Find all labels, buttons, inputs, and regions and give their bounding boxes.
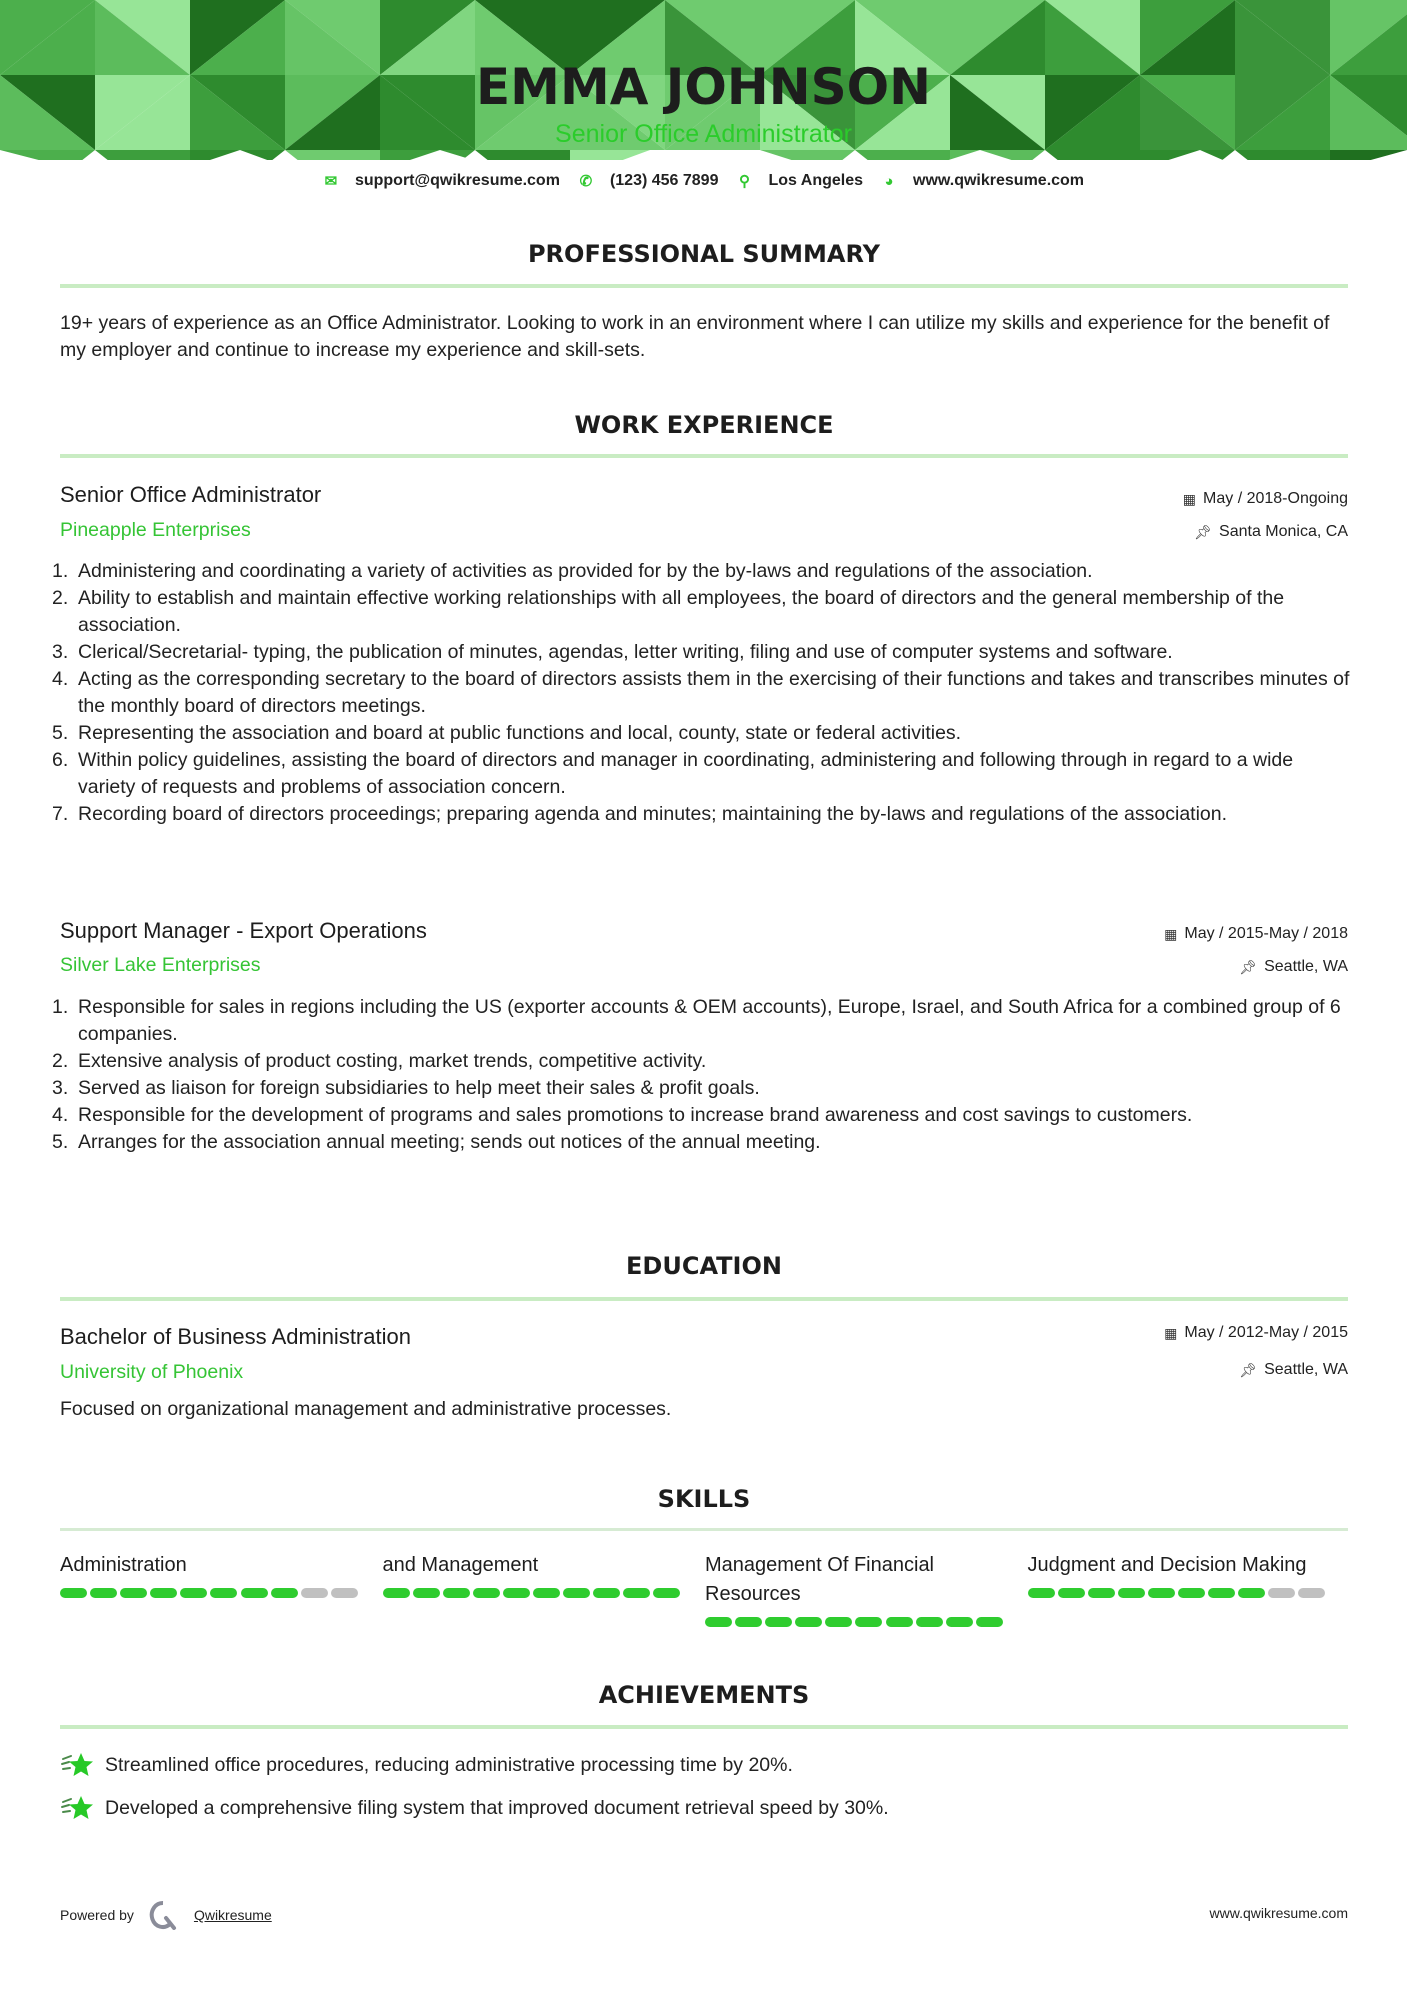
contact-email-text[interactable]: support@qwikresume.com: [355, 172, 560, 190]
contact-location: ⚲ Los Angeles: [736, 172, 863, 190]
job-bullet: 1.Responsible for sales in regions inclu…: [52, 994, 1352, 1048]
pushpin-icon: 📌︎: [1239, 1362, 1257, 1379]
map-pin-icon: ⚲: [736, 172, 752, 190]
bullet-number: 7.: [52, 801, 78, 828]
rating-segment: [413, 1588, 440, 1598]
bullet-text: Arranges for the association annual meet…: [78, 1129, 1352, 1156]
rating-segment: [443, 1588, 470, 1598]
candidate-name: EMMA JOHNSON: [0, 58, 1407, 116]
bullet-number: 1.: [52, 558, 78, 585]
star-icon: [60, 1750, 94, 1780]
skill-item: Judgment and Decision Making: [1028, 1551, 1351, 1627]
skill-name: Management Of Financial Resources: [705, 1551, 1005, 1609]
job-bullet: 2.Extensive analysis of product costing,…: [52, 1048, 1352, 1075]
bullet-text: Ability to establish and maintain effect…: [78, 585, 1352, 639]
skill-rating-bar: [60, 1588, 383, 1598]
rating-segment: [1088, 1588, 1115, 1598]
job-company: Pineapple Enterprises: [60, 519, 251, 542]
education-description: Focused on organizational management and…: [60, 1396, 1350, 1423]
rating-segment: [593, 1588, 620, 1598]
bullet-number: 5.: [52, 720, 78, 747]
job-location: 📌︎ Seattle, WA: [1239, 958, 1348, 976]
pushpin-icon: 📌︎: [1194, 524, 1212, 541]
bullet-number: 4.: [52, 666, 78, 720]
rating-segment: [1028, 1588, 1055, 1598]
calendar-icon: ▦: [1164, 926, 1177, 943]
rating-segment: [90, 1588, 117, 1598]
rating-segment: [533, 1588, 560, 1598]
summary-text: 19+ years of experience as an Office Adm…: [60, 310, 1350, 364]
section-divider: [60, 284, 1348, 288]
contact-website[interactable]: ◕ www.qwikresume.com: [881, 172, 1084, 190]
skill-rating-bar: [1028, 1588, 1351, 1598]
bullet-number: 4.: [52, 1102, 78, 1129]
bullet-number: 1.: [52, 994, 78, 1048]
skill-name: and Management: [383, 1551, 683, 1580]
globe-icon: ◕: [881, 173, 897, 190]
rating-segment: [120, 1588, 147, 1598]
rating-segment: [1238, 1588, 1265, 1598]
job-bullet-list: 1.Responsible for sales in regions inclu…: [52, 994, 1352, 1156]
rating-segment: [735, 1617, 762, 1627]
rating-segment: [1208, 1588, 1235, 1598]
education-dates: ▦ May / 2012-May / 2015: [1164, 1324, 1348, 1342]
bullet-text: Within policy guidelines, assisting the …: [78, 747, 1352, 801]
rating-segment: [180, 1588, 207, 1598]
rating-segment: [1268, 1588, 1295, 1598]
job-bullet: 1.Administering and coordinating a varie…: [52, 558, 1352, 585]
section-title-education: EDUCATION: [60, 1252, 1348, 1280]
rating-segment: [473, 1588, 500, 1598]
rating-segment: [301, 1588, 328, 1598]
footer-powered-by: Powered by Qwikresume: [60, 1900, 272, 1930]
contact-email[interactable]: ✉ support@qwikresume.com: [323, 172, 560, 190]
skill-name: Judgment and Decision Making: [1028, 1551, 1328, 1580]
rating-segment: [331, 1588, 358, 1598]
skill-rating-bar: [383, 1588, 706, 1598]
rating-segment: [765, 1617, 792, 1627]
rating-segment: [946, 1617, 973, 1627]
rating-segment: [705, 1617, 732, 1627]
section-title-skills: SKILLS: [60, 1485, 1348, 1513]
contact-location-text: Los Angeles: [768, 172, 863, 190]
rating-segment: [241, 1588, 268, 1598]
footer-url[interactable]: www.qwikresume.com: [1210, 1905, 1348, 1921]
achievement-item: Streamlined office procedures, reducing …: [60, 1750, 793, 1780]
section-title-summary: PROFESSIONAL SUMMARY: [60, 240, 1348, 268]
section-divider: [60, 1528, 1348, 1531]
section-title-achievements: ACHIEVEMENTS: [60, 1681, 1348, 1709]
rating-segment: [1178, 1588, 1205, 1598]
rating-segment: [1058, 1588, 1085, 1598]
rating-segment: [1118, 1588, 1145, 1598]
qwikresume-logo-icon: [148, 1900, 178, 1930]
bullet-text: Clerical/Secretarial- typing, the public…: [78, 639, 1352, 666]
rating-segment: [210, 1588, 237, 1598]
bullet-text: Administering and coordinating a variety…: [78, 558, 1352, 585]
rating-segment: [1148, 1588, 1175, 1598]
rating-segment: [60, 1588, 87, 1598]
rating-segment: [383, 1588, 410, 1598]
job-company: Silver Lake Enterprises: [60, 954, 261, 977]
rating-segment: [976, 1617, 1003, 1627]
rating-segment: [150, 1588, 177, 1598]
degree-title: Bachelor of Business Administration: [60, 1324, 411, 1350]
job-bullet: 3.Clerical/Secretarial- typing, the publ…: [52, 639, 1352, 666]
job-title: Senior Office Administrator: [60, 482, 321, 508]
section-divider: [60, 454, 1348, 458]
job-bullet-list: 1.Administering and coordinating a varie…: [52, 558, 1352, 828]
bullet-text: Acting as the corresponding secretary to…: [78, 666, 1352, 720]
rating-segment: [653, 1588, 680, 1598]
section-divider: [60, 1297, 1348, 1301]
education-location: 📌︎ Seattle, WA: [1239, 1361, 1348, 1379]
skill-item: Administration: [60, 1551, 383, 1627]
job-location: 📌︎ Santa Monica, CA: [1194, 523, 1348, 541]
job-bullet: 6.Within policy guidelines, assisting th…: [52, 747, 1352, 801]
job-bullet: 7.Recording board of directors proceedin…: [52, 801, 1352, 828]
rating-segment: [271, 1588, 298, 1598]
skill-name: Administration: [60, 1551, 360, 1580]
star-icon: [60, 1793, 94, 1823]
job-bullet: 4.Acting as the corresponding secretary …: [52, 666, 1352, 720]
bullet-text: Representing the association and board a…: [78, 720, 1352, 747]
rating-segment: [503, 1588, 530, 1598]
job-bullet: 5.Representing the association and board…: [52, 720, 1352, 747]
contact-phone-text[interactable]: (123) 456 7899: [610, 172, 719, 190]
rating-segment: [855, 1617, 882, 1627]
job-dates: ▦ May / 2015-May / 2018: [1164, 925, 1348, 943]
rating-segment: [825, 1617, 852, 1627]
achievement-item: Developed a comprehensive filing system …: [60, 1793, 889, 1823]
calendar-icon: ▦: [1164, 1325, 1177, 1342]
rating-segment: [1298, 1588, 1325, 1598]
job-dates: ▦ May / 2018-Ongoing: [1183, 490, 1348, 508]
job-bullet: 2.Ability to establish and maintain effe…: [52, 585, 1352, 639]
pushpin-icon: 📌︎: [1239, 959, 1257, 976]
bullet-number: 2.: [52, 585, 78, 639]
bullet-text: Responsible for sales in regions includi…: [78, 994, 1352, 1048]
bullet-number: 5.: [52, 1129, 78, 1156]
candidate-role: Senior Office Administrator: [0, 120, 1407, 149]
rating-segment: [563, 1588, 590, 1598]
bullet-text: Extensive analysis of product costing, m…: [78, 1048, 1352, 1075]
rating-segment: [623, 1588, 650, 1598]
job-title: Support Manager - Export Operations: [60, 918, 427, 944]
contact-phone[interactable]: ✆ (123) 456 7899: [578, 172, 719, 190]
section-title-experience: WORK EXPERIENCE: [60, 411, 1348, 439]
rating-segment: [795, 1617, 822, 1627]
qwikresume-link[interactable]: Qwikresume: [194, 1907, 272, 1923]
bullet-number: 6.: [52, 747, 78, 801]
rating-segment: [916, 1617, 943, 1627]
bullet-text: Served as liaison for foreign subsidiari…: [78, 1075, 1352, 1102]
job-bullet: 3.Served as liaison for foreign subsidia…: [52, 1075, 1352, 1102]
rating-segment: [886, 1617, 913, 1627]
contact-bar: ✉ support@qwikresume.com ✆ (123) 456 789…: [0, 172, 1407, 190]
calendar-icon: ▦: [1183, 491, 1196, 508]
job-bullet: 4.Responsible for the development of pro…: [52, 1102, 1352, 1129]
school-name: University of Phoenix: [60, 1361, 243, 1384]
skills-grid: Administrationand ManagementManagement O…: [60, 1551, 1350, 1627]
bullet-number: 3.: [52, 1075, 78, 1102]
job-bullet: 5.Arranges for the association annual me…: [52, 1129, 1352, 1156]
skill-item: and Management: [383, 1551, 706, 1627]
bullet-number: 3.: [52, 639, 78, 666]
section-divider: [60, 1725, 1348, 1729]
skill-rating-bar: [705, 1617, 1028, 1627]
bullet-text: Recording board of directors proceedings…: [78, 801, 1352, 828]
envelope-icon: ✉: [323, 172, 339, 190]
bullet-number: 2.: [52, 1048, 78, 1075]
skill-item: Management Of Financial Resources: [705, 1551, 1028, 1627]
contact-website-text[interactable]: www.qwikresume.com: [913, 172, 1084, 190]
bullet-text: Responsible for the development of progr…: [78, 1102, 1352, 1129]
phone-icon: ✆: [578, 172, 594, 190]
